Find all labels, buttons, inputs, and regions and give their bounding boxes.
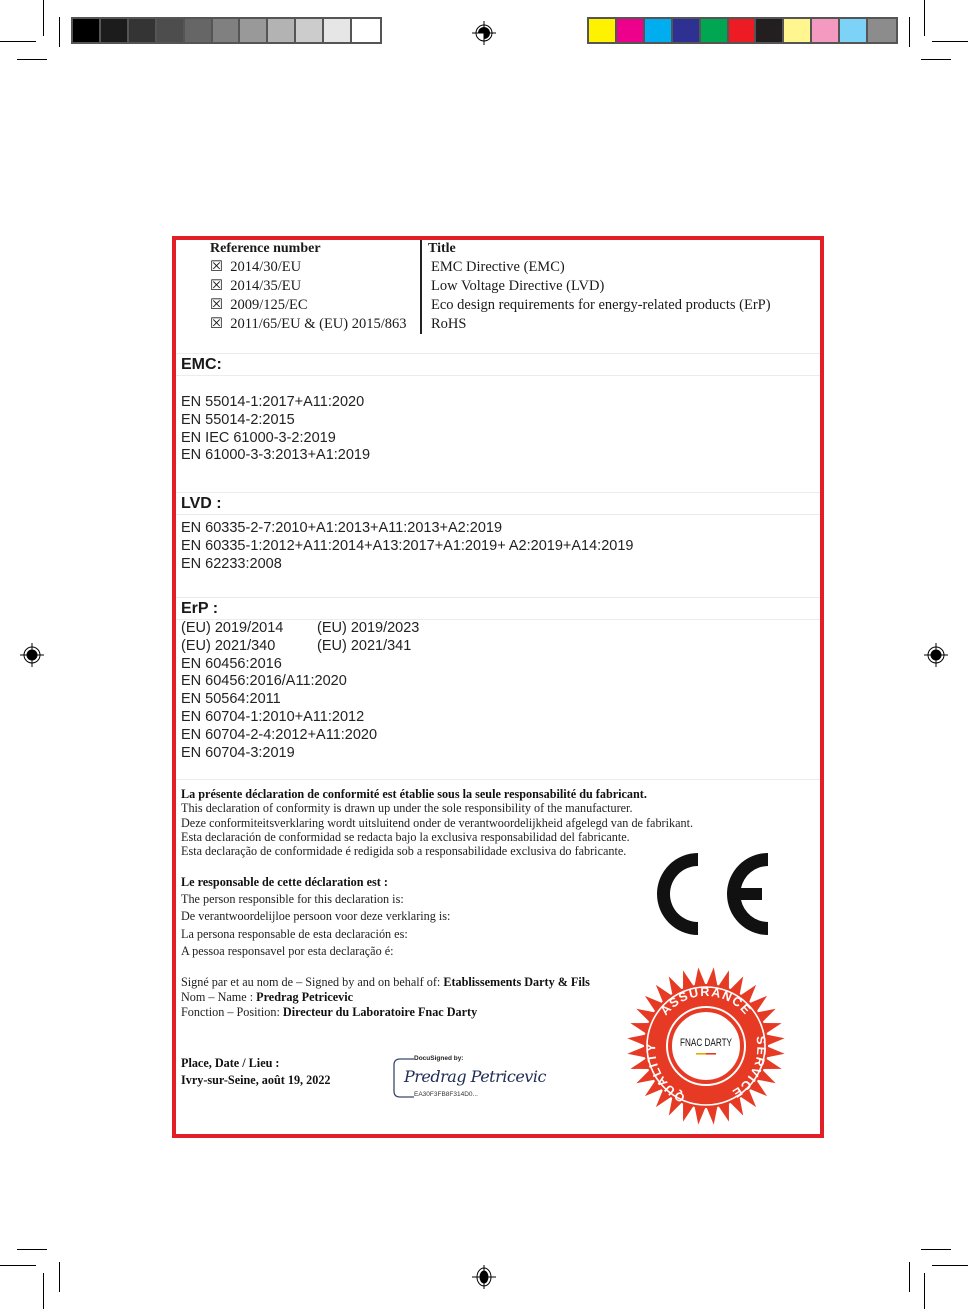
reference-number-header: Reference number [210,241,321,257]
docusign-envelope-id: EA30F3FB8F314D0... [414,1091,478,1098]
declaration-fr: La présente déclaration de conformité es… [181,787,693,801]
reference-number: 2014/35/EU [230,278,301,294]
standard-item: EN 61000-3-3:2013+A1:2019 [181,447,370,465]
gray-swatch [129,19,157,42]
standard-item: EN 50564:2011 [181,691,419,709]
standard-item: EN 60704-1:2010+A11:2012 [181,709,419,727]
regulation-item: (EU) 2019/2023 [317,620,419,636]
color-swatch [673,19,701,42]
column-divider [420,240,422,334]
crop-mark [59,1262,60,1292]
standard-item: EN 60335-2-7:2010+A1:2013+A11:2013+A2:20… [181,520,633,538]
gray-swatch [185,19,213,42]
crop-mark [921,1249,951,1250]
color-swatch [729,19,757,42]
color-calibration-bar [587,17,898,44]
reference-row: ☒ 2014/30/EU [210,258,407,277]
ce-mark-icon [648,851,770,937]
standard-item: EN 60456:2016 [181,656,419,674]
standard-item: EN 55014-2:2015 [181,412,370,430]
regulation-item: (EU) 2021/341 [317,638,411,654]
divider [176,597,820,598]
standard-item: EN 62233:2008 [181,556,633,574]
divider [176,779,820,780]
directive-title: RoHS [431,315,771,334]
emc-section-title: EMC: [181,356,222,374]
registration-mark-icon [471,1264,497,1290]
divider [176,514,820,515]
directive-title: Eco design requirements for energy-relat… [431,296,771,315]
crop-mark [924,1273,925,1309]
checked-box-icon: ☒ [210,278,223,294]
crop-mark [59,17,60,47]
company-name: Etablissements Darty & Fils [443,975,590,989]
checked-box-icon: ☒ [210,259,223,275]
gray-swatch [157,19,185,42]
signatory-name: Predrag Petricevic [256,990,353,1004]
regulation-pair: (EU) 2019/2014(EU) 2019/2023 [181,620,419,638]
crop-mark [932,1265,968,1266]
color-swatch [701,19,729,42]
responsible-pt: A pessoa responsavel por esta declaração… [181,943,450,960]
crop-mark [0,41,36,42]
crop-mark [924,0,925,36]
signatory-block: Signé par et au nom de – Signed by and o… [181,975,590,1020]
standard-item: EN 60704-2-4:2012+A11:2020 [181,727,419,745]
color-swatch [617,19,645,42]
reference-number: 2009/125/EC [230,297,307,313]
responsible-en: The person responsible for this declarat… [181,891,450,908]
responsible-es: La persona responsable de esta declaraci… [181,926,450,943]
reference-row: ☒ 2011/65/EU & (EU) 2015/863 [210,315,407,334]
place-date-block: Place, Date / Lieu : Ivry-sur-Seine, aoû… [181,1055,331,1089]
color-swatch [784,19,812,42]
declaration-es: Esta declaración de conformidad se redac… [181,830,693,844]
responsible-person-block: Le responsable de cette déclaration est … [181,874,450,960]
signed-on-behalf: Signé par et au nom de – Signed by and o… [181,975,590,990]
docusign-signature-box: DocuSigned by: Predrag Petricevic EA30F3… [392,1055,532,1101]
gray-swatch [324,19,352,42]
signatory-position-line: Fonction – Position: Directeur du Labora… [181,1005,590,1020]
standard-item: EN 60704-3:2019 [181,745,419,763]
reference-row: ☒ 2009/125/EC [210,296,407,315]
signatory-position: Directeur du Laboratoire Fnac Darty [283,1005,477,1019]
reference-row: ☒ 2014/35/EU [210,277,407,296]
crop-mark [921,59,951,60]
gray-swatch [352,19,380,42]
erp-section-title: ErP : [181,600,218,618]
color-swatch [589,19,617,42]
crop-mark [932,41,968,42]
crop-mark [17,1249,47,1250]
divider [176,353,820,354]
directive-title: Low Voltage Directive (LVD) [431,277,771,296]
directive-title: EMC Directive (EMC) [431,258,771,277]
regulation-pair: (EU) 2021/340(EU) 2021/341 [181,638,419,656]
reference-number: 2011/65/EU & (EU) 2015/863 [230,316,406,332]
divider [176,375,820,376]
place-date-value: Ivry-sur-Seine, août 19, 2022 [181,1072,331,1089]
responsible-nl: De verantwoordelijloe persoon voor deze … [181,908,450,925]
docusign-header: DocuSigned by: [414,1055,463,1062]
crop-mark [909,17,910,47]
registration-mark-icon [19,642,45,668]
responsible-fr: Le responsable de cette déclaration est … [181,874,450,891]
checked-box-icon: ☒ [210,316,223,332]
standard-item: EN 60335-1:2012+A11:2014+A13:2017+A1:201… [181,538,633,556]
handwritten-signature: Predrag Petricevic [404,1067,546,1086]
registration-mark-icon [923,642,949,668]
emc-standards-list: EN 55014-1:2017+A11:2020 EN 55014-2:2015… [181,394,370,465]
checked-box-icon: ☒ [210,297,223,313]
regulation-item: (EU) 2019/2014 [181,620,317,638]
title-list: EMC Directive (EMC) Low Voltage Directiv… [431,258,771,334]
declaration-nl: Deze conformiteitsverklaring wordt uitsl… [181,816,693,830]
name-label: Nom – Name : [181,990,253,1004]
color-swatch [868,19,896,42]
regulation-item: (EU) 2021/340 [181,638,317,656]
gray-swatch [101,19,129,42]
standard-item: EN IEC 61000-3-2:2019 [181,430,370,448]
gray-swatch [268,19,296,42]
crop-mark [43,0,44,36]
gray-swatch [240,19,268,42]
standard-item: EN 55014-1:2017+A11:2020 [181,394,370,412]
declaration-pt: Esta declaração de conformidade é redigi… [181,844,693,858]
grayscale-calibration-bar [71,17,382,44]
standard-item: EN 60456:2016/A11:2020 [181,673,419,691]
lvd-standards-list: EN 60335-2-7:2010+A1:2013+A11:2013+A2:20… [181,520,633,573]
declaration-statement: La présente déclaration de conformité es… [181,787,693,858]
crop-mark [17,59,47,60]
signed-label: Signé par et au nom de – Signed by and o… [181,975,440,989]
crop-mark [909,1262,910,1292]
color-swatch [840,19,868,42]
color-swatch [645,19,673,42]
lvd-section-title: LVD : [181,495,222,513]
color-swatch [756,19,784,42]
crop-mark [43,1273,44,1309]
divider [176,492,820,493]
place-date-label: Place, Date / Lieu : [181,1055,331,1072]
gray-swatch [296,19,324,42]
position-label: Fonction – Position: [181,1005,280,1019]
quality-assurance-seal-icon: ASSURANCE QUALITY SERVICE FNAC DARTY [626,966,786,1126]
gray-swatch [73,19,101,42]
title-header: Title [428,241,456,257]
reference-number: 2014/30/EU [230,259,301,275]
signatory-name-line: Nom – Name : Predrag Petricevic [181,990,590,1005]
crop-mark [0,1265,36,1266]
seal-center-text: FNAC DARTY [680,1037,732,1049]
registration-mark-icon [471,20,497,46]
gray-swatch [213,19,241,42]
color-swatch [812,19,840,42]
reference-list: ☒ 2014/30/EU ☒ 2014/35/EU ☒ 2009/125/EC … [210,258,407,334]
declaration-en: This declaration of conformity is drawn … [181,801,693,815]
erp-standards-list: (EU) 2019/2014(EU) 2019/2023 (EU) 2021/3… [181,620,419,762]
